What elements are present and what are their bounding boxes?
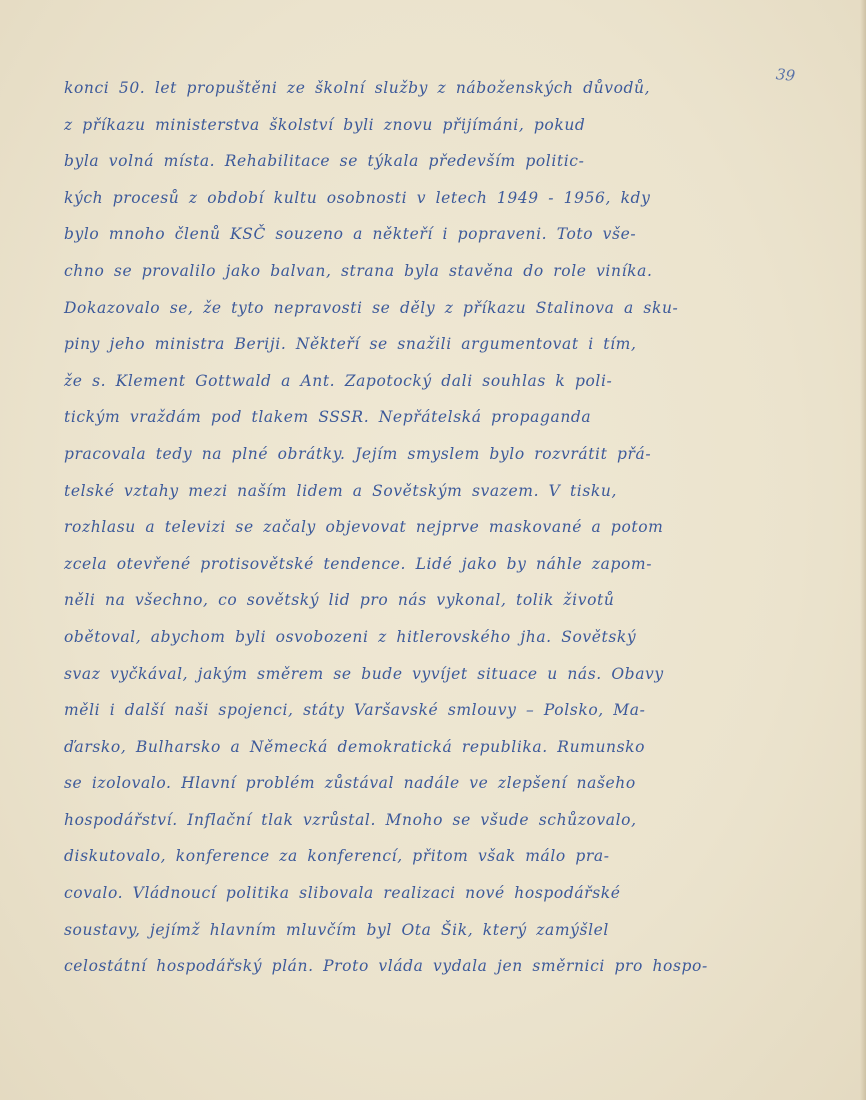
handwritten-text-block: konci 50. let propuštěni ze školní služb…	[64, 70, 784, 985]
manuscript-line: celostátní hospodářský plán. Proto vláda…	[64, 948, 784, 985]
manuscript-line: soustavy, jejímž hlavním mluvčím byl Ota…	[64, 912, 784, 949]
manuscript-line: bylo mnoho členů KSČ souzeno a někteří i…	[64, 216, 784, 253]
manuscript-line: obětoval, abychom byli osvobozeni z hitl…	[64, 619, 784, 656]
manuscript-line: konci 50. let propuštěni ze školní služb…	[64, 70, 784, 107]
manuscript-line: kých procesů z období kultu osobnosti v …	[64, 180, 784, 217]
manuscript-line: telské vztahy mezi naším lidem a Sovětsk…	[64, 473, 784, 510]
manuscript-line: z příkazu ministerstva školství byli zno…	[64, 107, 784, 144]
manuscript-line: piny jeho ministra Beriji. Někteří se sn…	[64, 326, 784, 363]
manuscript-line: zcela otevřené protisovětské tendence. L…	[64, 546, 784, 583]
manuscript-line: Dokazovalo se, že tyto nepravosti se děl…	[64, 290, 784, 327]
manuscript-line: že s. Klement Gottwald a Ant. Zapotocký …	[64, 363, 784, 400]
page-edge-shadow	[860, 0, 866, 1100]
manuscript-line: chno se provalilo jako balvan, strana by…	[64, 253, 784, 290]
manuscript-line: tickým vraždám pod tlakem SSSR. Nepřátel…	[64, 399, 784, 436]
manuscript-line: pracovala tedy na plné obrátky. Jejím sm…	[64, 436, 784, 473]
manuscript-line: měli i další naši spojenci, státy Varšav…	[64, 692, 784, 729]
manuscript-line: svaz vyčkával, jakým směrem se bude vyví…	[64, 656, 784, 693]
manuscript-line: ďarsko, Bulharsko a Německá demokratická…	[64, 729, 784, 766]
manuscript-line: covalo. Vládnoucí politika slibovala rea…	[64, 875, 784, 912]
manuscript-line: se izolovalo. Hlavní problém zůstával na…	[64, 765, 784, 802]
manuscript-line: hospodářství. Inflační tlak vzrůstal. Mn…	[64, 802, 784, 839]
manuscript-line: byla volná místa. Rehabilitace se týkala…	[64, 143, 784, 180]
manuscript-line: něli na všechno, co sovětský lid pro nás…	[64, 582, 784, 619]
manuscript-page: 39 konci 50. let propuštěni ze školní sl…	[0, 0, 866, 1100]
manuscript-line: rozhlasu a televizi se začaly objevovat …	[64, 509, 784, 546]
manuscript-line: diskutovalo, konference za konferencí, p…	[64, 838, 784, 875]
